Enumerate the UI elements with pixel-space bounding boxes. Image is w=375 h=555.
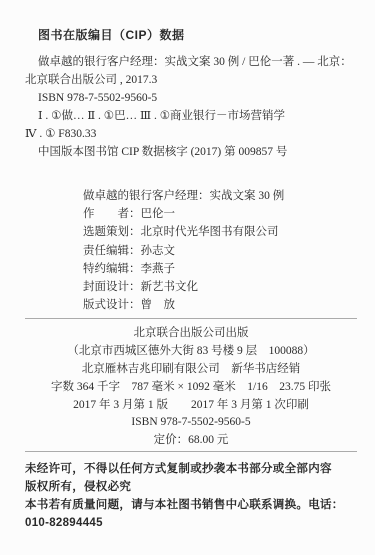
cip-publisher-line: 北京联合出版公司 , 2017.3 xyxy=(25,71,357,89)
special-editor-line: 特约编辑：李燕子 xyxy=(83,260,357,278)
divider-top xyxy=(25,318,357,319)
no-copy-notice-line: 未经许可，不得以任何方式复制或抄袭本书部分或全部内容 xyxy=(25,460,357,478)
author-line: 作 者：巴伦一 xyxy=(83,205,357,223)
topic-planning-line: 选题策划：北京时代光华图书有限公司 xyxy=(83,223,357,241)
cip-title-line: 做卓越的银行客户经理：实战文案 30 例 / 巴伦一著 . — 北京： xyxy=(25,53,357,71)
format-specs-line: 字数 364 千字 787 毫米 × 1092 毫米 1/16 23.75 印张 xyxy=(25,379,357,397)
layout-design-line: 版式设计：曾 放 xyxy=(83,296,357,314)
cip-block: 做卓越的银行客户经理：实战文案 30 例 / 巴伦一著 . — 北京： 北京联合… xyxy=(25,53,357,161)
cip-class-code-line: Ⅳ . ① F830.33 xyxy=(25,125,357,143)
price-line: 定价：68.00 元 xyxy=(25,432,357,450)
responsible-editor-line: 责任编辑：孙志文 xyxy=(83,242,357,260)
book-title-line: 做卓越的银行客户经理：实战文案 30 例 xyxy=(83,187,357,205)
isbn-line: ISBN 978-7-5502-9560-5 xyxy=(25,414,357,432)
cip-header: 图书在版编目（CIP）数据 xyxy=(38,28,357,42)
cover-design-line: 封面设计：新艺书文化 xyxy=(83,278,357,296)
book-info-block: 做卓越的银行客户经理：实战文案 30 例 作 者：巴伦一 选题策划：北京时代光华… xyxy=(83,187,357,314)
copyright-page: 图书在版编目（CIP）数据 做卓越的银行客户经理：实战文案 30 例 / 巴伦一… xyxy=(0,0,375,555)
all-rights-reserved-line: 版权所有，侵权必究 xyxy=(25,478,357,496)
divider-bottom xyxy=(25,451,357,452)
cip-classification-line: Ⅰ . ①做… Ⅱ . ①巴… Ⅲ . ①商业银行－市场营销学 xyxy=(25,107,357,125)
cip-isbn-line: ISBN 978-7-5502-9560-5 xyxy=(25,89,357,107)
publisher-line: 北京联合出版公司出版 xyxy=(25,325,357,343)
publisher-address-line: （北京市西城区德外大街 83 号楼 9 层 100088） xyxy=(25,343,357,361)
quality-contact-line: 本书若有质量问题，请与本社图书销售中心联系调换。电话：010-82894445 xyxy=(25,496,357,532)
printer-distributor-line: 北京雁林吉兆印刷有限公司 新华书店经销 xyxy=(25,361,357,379)
publishing-block: 北京联合出版公司出版 （北京市西城区德外大街 83 号楼 9 层 100088）… xyxy=(25,325,357,450)
edition-printing-line: 2017 年 3 月第 1 版 2017 年 3 月第 1 次印刷 xyxy=(25,397,357,415)
copyright-notice-block: 未经许可，不得以任何方式复制或抄袭本书部分或全部内容 版权所有，侵权必究 本书若… xyxy=(25,460,357,532)
cip-record-number-line: 中国版本图书馆 CIP 数据核字 (2017) 第 009857 号 xyxy=(25,143,357,161)
